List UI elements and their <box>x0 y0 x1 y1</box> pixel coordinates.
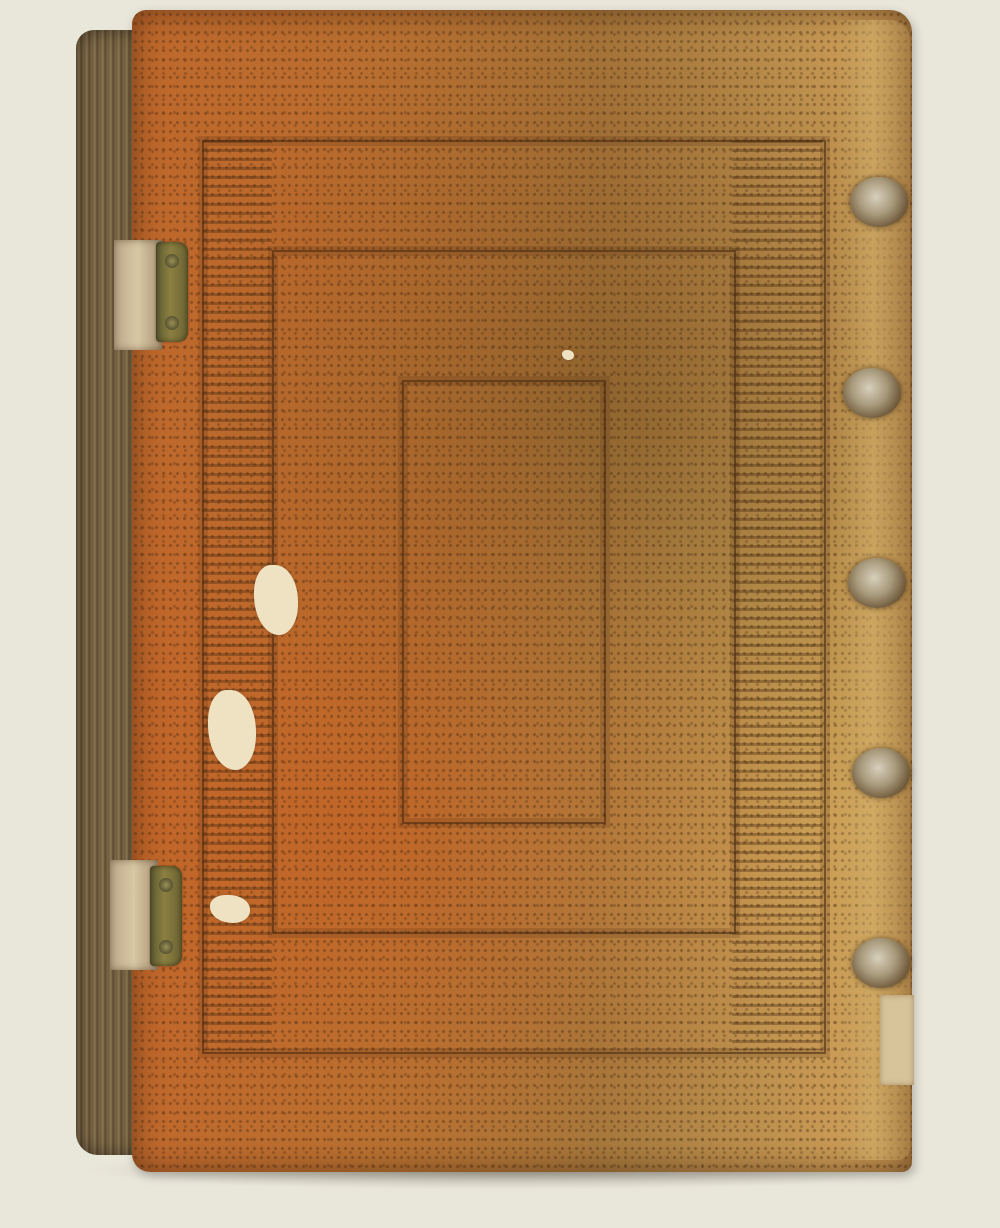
clasp-strap-top <box>114 240 162 350</box>
tooled-frame-inner <box>402 380 606 824</box>
spine-boss <box>848 558 906 608</box>
rivet-icon <box>159 878 173 892</box>
rivet-icon <box>165 254 179 268</box>
spine-boss <box>843 368 901 418</box>
spine-label-patch <box>880 995 914 1085</box>
brass-clasp-bottom <box>150 866 182 966</box>
leather-loss <box>562 350 574 360</box>
spine-boss <box>852 748 910 798</box>
spine-boss <box>850 177 908 227</box>
rivet-icon <box>159 940 173 954</box>
rivet-icon <box>165 316 179 330</box>
front-cover <box>132 10 912 1172</box>
spine-boss <box>852 938 910 988</box>
book-photo <box>0 0 1000 1228</box>
brass-clasp-top <box>156 242 188 342</box>
